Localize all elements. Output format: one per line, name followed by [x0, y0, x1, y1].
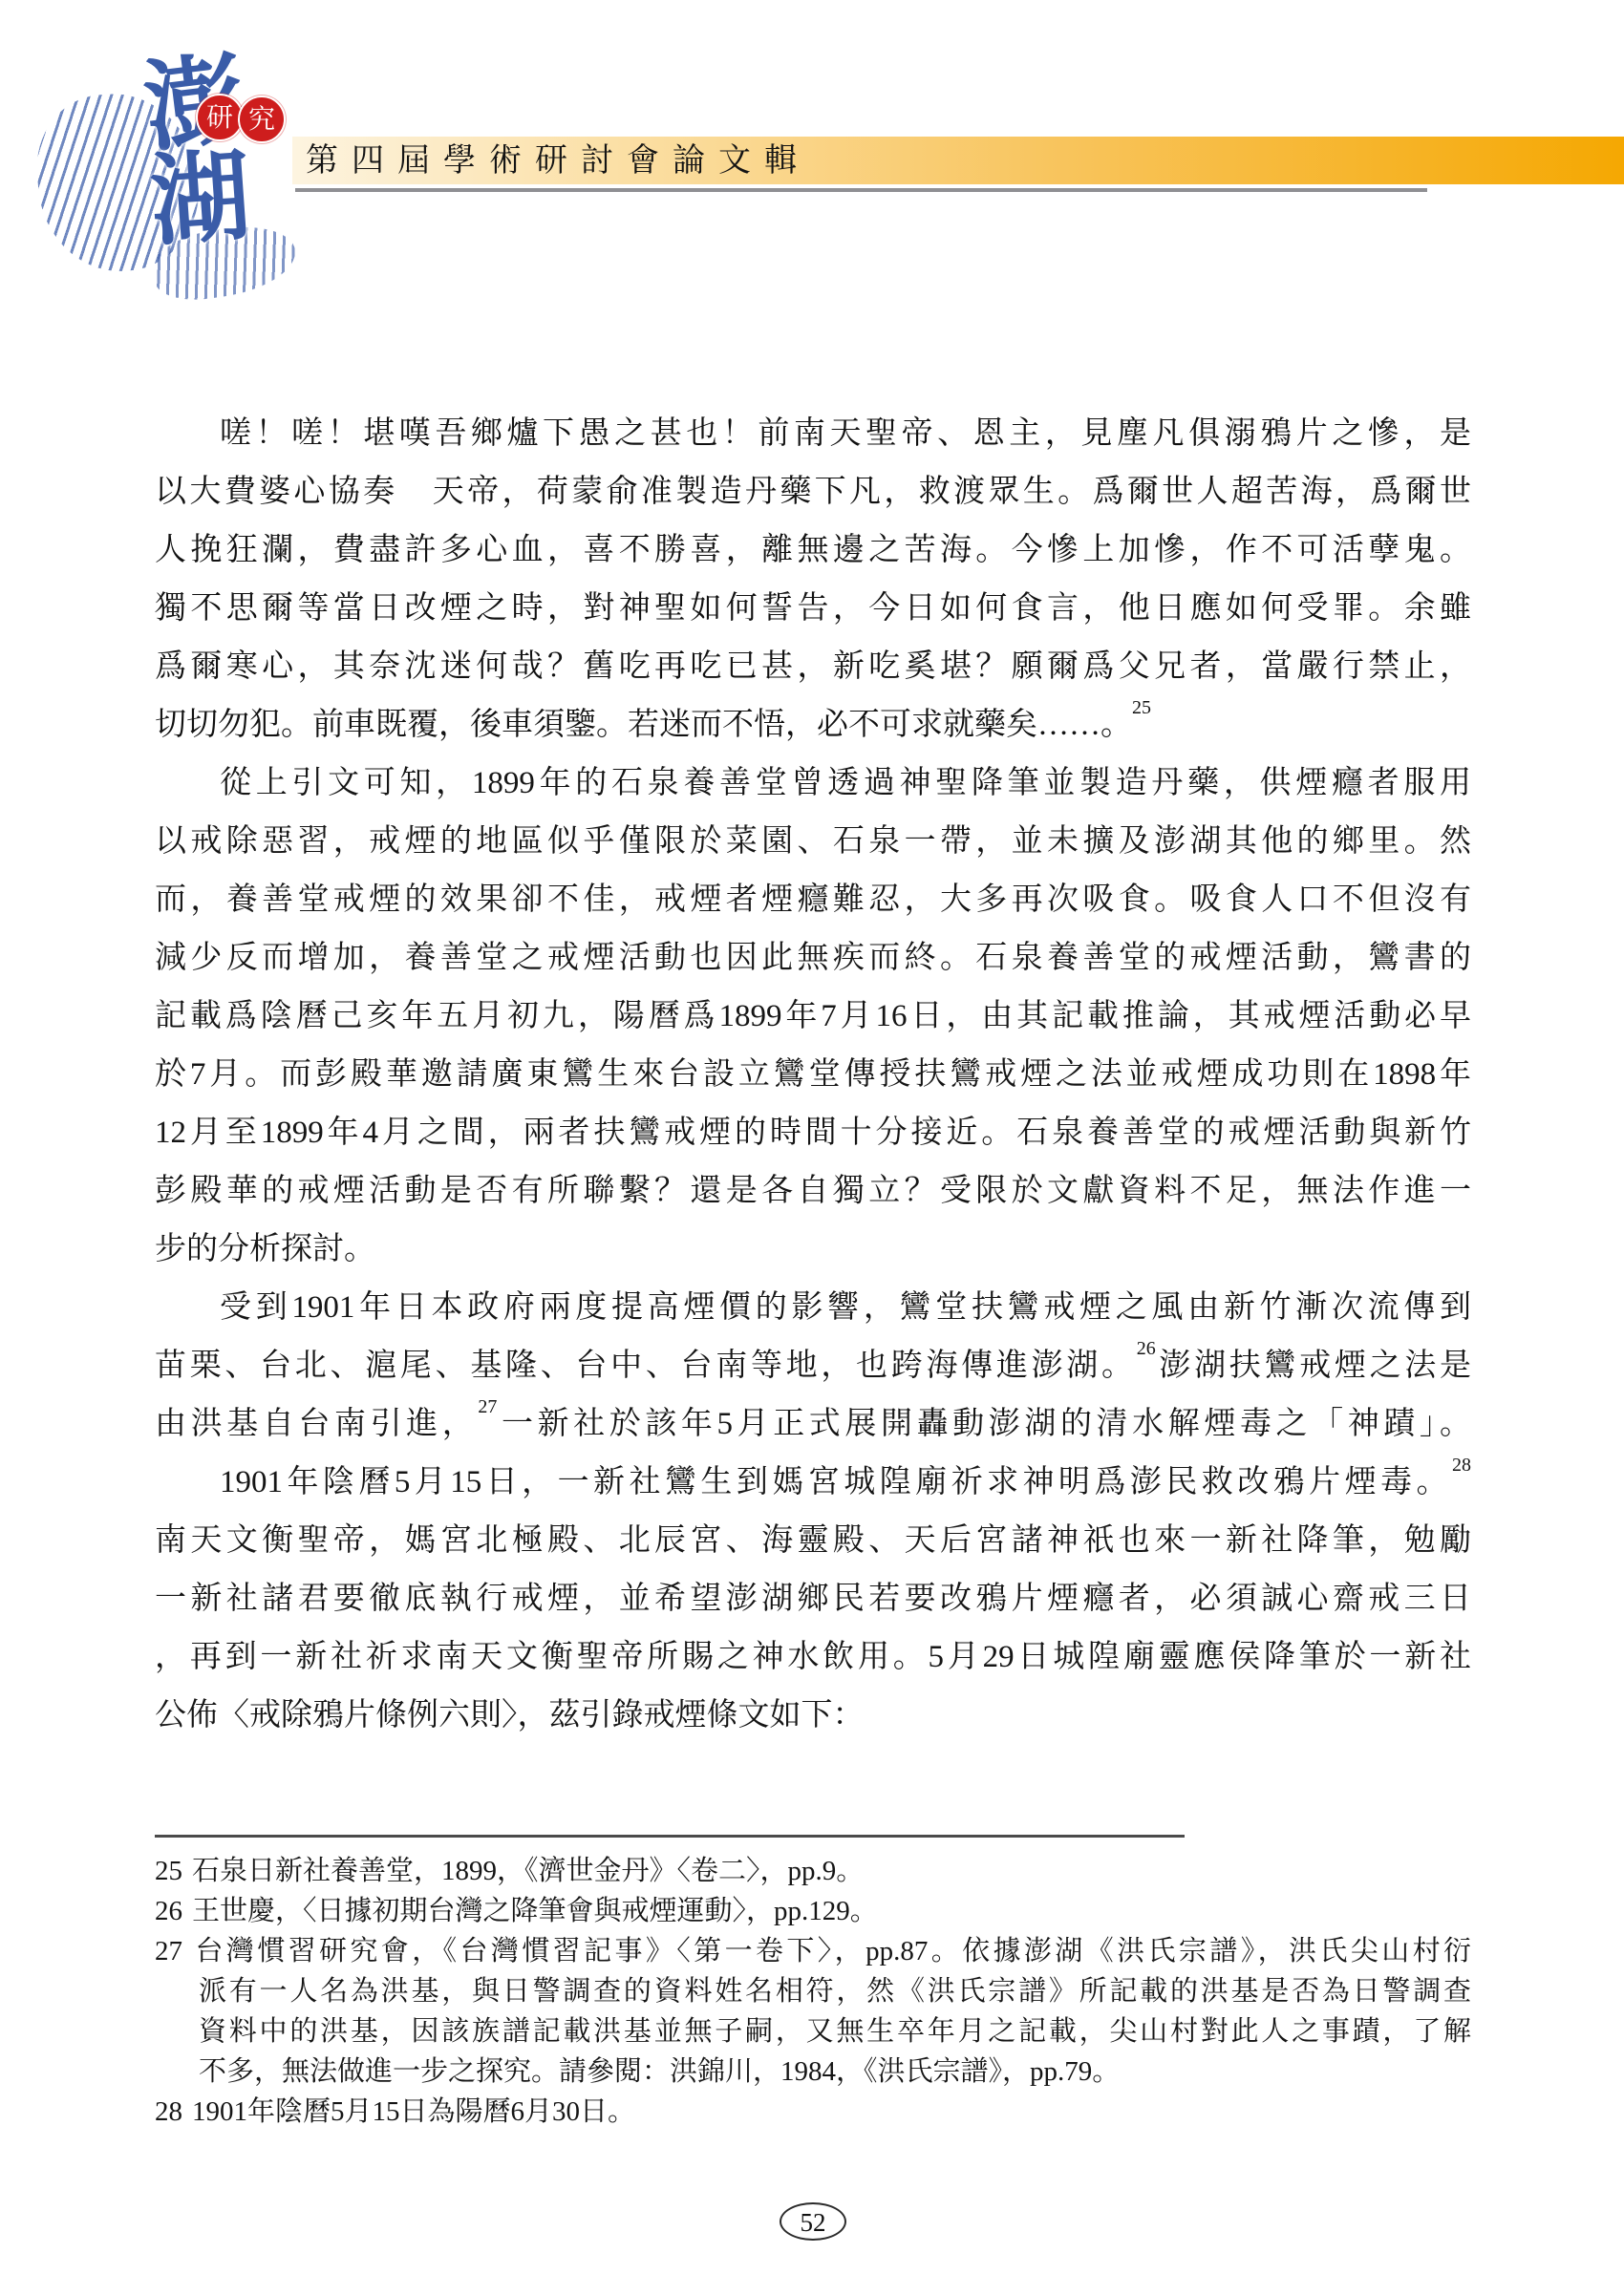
- paragraph-text: 由洪基自台南引進，: [155, 1407, 478, 1441]
- footnotes: 25石泉日新社養善堂，1899，《濟世金丹》〈卷二〉，pp.9。 26王世慶，〈…: [155, 1851, 1471, 2132]
- paragraph-line: 從上引文可知，1899年的石泉養善堂曾透過神聖降筆並製造丹藥，供煙癮者服用: [155, 755, 1471, 813]
- paragraph-line: 由洪基自台南引進，27一新社於該年5月正式展開轟動澎湖的清水解煙毒之「神蹟」。: [155, 1395, 1471, 1454]
- footnote-number: 26: [155, 1896, 182, 1926]
- paragraph-line: ，再到一新社祈求南天文衡聖帝所賜之神水飲用。5月29日城隍廟靈應侯降筆於一新社: [155, 1628, 1471, 1687]
- block-quote: 嗟！嗟！堪嘆吾鄉爐下愚之甚也！前南天聖帝、恩主，見塵凡俱溺鴉片之慘，是 以大費婆…: [155, 405, 1471, 755]
- paragraph-line: 一新社諸君要徹底執行戒煙，並希望澎湖鄉民若要改鴉片煙癮者，必須誠心齋戒三日: [155, 1570, 1471, 1628]
- proceedings-title: 第四屆學術研討會論文輯: [306, 137, 810, 184]
- penghu-research-logo-icon: 澎 湖 研 究: [38, 59, 287, 298]
- quote-line: 獨不思爾等當日改煙之時，對神聖如何誓告，今日如何食言，他日應如何受罪。余雖: [155, 580, 1471, 638]
- paragraph-line: 記載爲陰曆己亥年五月初九，陽曆爲1899年7月16日，由其記載推論，其戒煙活動必…: [155, 988, 1471, 1046]
- quote-line: 嗟！嗟！堪嘆吾鄉爐下愚之甚也！前南天聖帝、恩主，見塵凡俱溺鴉片之慘，是: [155, 405, 1471, 463]
- paragraph-line: 彭殿華的戒煙活動是否有所聯繫？還是各自獨立？受限於文獻資料不足，無法作進一: [155, 1162, 1471, 1221]
- footnote-number: 28: [155, 2096, 182, 2127]
- quote-line: 切切勿犯。前車既覆，後車須鑒。若迷而不悟，必不可求就藥矣……。25: [155, 696, 1471, 755]
- page-number-badge: 52: [780, 2202, 846, 2241]
- quote-line: 以大費婆心協奏 天帝，荷蒙俞准製造丹藥下凡，救渡眾生。爲爾世人超苦海，爲爾世: [155, 463, 1471, 521]
- paragraph-line: 以戒除惡習，戒煙的地區似乎僅限於菜園、石泉一帶，並未擴及澎湖其他的鄉里。然: [155, 813, 1471, 871]
- header-gradient-band: 第四屆學術研討會論文輯: [292, 137, 1624, 184]
- footnote-27-continued: 派有一人名為洪基，與日警調查的資料姓名相符，然《洪氏宗譜》所記載的洪基是否為日警…: [155, 1971, 1471, 2011]
- paragraph-text: 澎湖扶鸞戒煙之法是: [1156, 1349, 1471, 1383]
- footnote-27-continued: 資料中的洪基，因該族譜記載洪基並無子嗣，又無生卒年月之記載，尖山村對此人之事蹟，…: [155, 2011, 1471, 2052]
- paragraph-text: 苗栗、台北、滬尾、基隆、台中、台南等地，也跨海傳進澎湖。: [155, 1349, 1137, 1383]
- logo-red-seal-yan: 研: [196, 94, 244, 141]
- footnote-27: 27台灣慣習研究會，《台灣慣習記事》〈第一卷下〉，pp.87。依據澎湖《洪氏宗譜…: [155, 1931, 1471, 1971]
- footnote-number: 27: [155, 1936, 182, 1966]
- footnote-ref-26: 26: [1137, 1338, 1156, 1359]
- paragraph-line: 而，養善堂戒煙的效果卻不佳，戒煙者煙癮難忍，大多再次吸食。吸食人口不但沒有: [155, 871, 1471, 929]
- footnote-28: 281901年陰曆5月15日為陽曆6月30日。: [155, 2092, 1471, 2132]
- footnote-25: 25石泉日新社養善堂，1899，《濟世金丹》〈卷二〉，pp.9。: [155, 1851, 1471, 1891]
- paragraph-line: 南天文衡聖帝，媽宮北極殿、北辰宮、海靈殿、天后宮諸神祇也來一新社降筆，勉勵: [155, 1512, 1471, 1570]
- footnote-text: 王世慶，〈日據初期台灣之降筆會與戒煙運動〉，pp.129。: [192, 1896, 878, 1926]
- logo-red-seal-jiu: 究: [238, 96, 286, 143]
- footnote-27-continued: 不多，無法做進一步之探究。請參閱：洪錦川，1984，《洪氏宗譜》，pp.79。: [155, 2052, 1471, 2092]
- footnote-ref-27: 27: [478, 1396, 497, 1417]
- footnote-26: 26王世慶，〈日據初期台灣之降筆會與戒煙運動〉，pp.129。: [155, 1891, 1471, 1931]
- paragraph-line: 苗栗、台北、滬尾、基隆、台中、台南等地，也跨海傳進澎湖。26澎湖扶鸞戒煙之法是: [155, 1337, 1471, 1395]
- paragraph-line: 於7月。而彭殿華邀請廣東鸞生來台設立鸞堂傳授扶鸞戒煙之法並戒煙成功則在1898年: [155, 1046, 1471, 1104]
- footnote-separator-rule: [155, 1835, 1185, 1838]
- paragraph-4: 1901年陰曆5月15日，一新社鸞生到媽宮城隍廟祈求神明爲澎民救改鴉片煙毒。28…: [155, 1454, 1471, 1745]
- header-rule: [295, 188, 1427, 192]
- scanned-paper-page: 澎 湖 研 究 第四屆學術研討會論文輯 嗟！嗟！堪嘆吾鄉爐下愚之甚也！前南天聖帝…: [0, 0, 1624, 2296]
- paragraph-line: 受到1901年日本政府兩度提高煙價的影響，鸞堂扶鸞戒煙之風由新竹漸次流傳到: [155, 1279, 1471, 1337]
- footnote-ref-28: 28: [1452, 1455, 1471, 1476]
- footnote-text: 石泉日新社養善堂，1899，《濟世金丹》〈卷二〉，pp.9。: [192, 1856, 864, 1886]
- quote-text: 切切勿犯。前車既覆，後車須鑒。若迷而不悟，必不可求就藥矣……。: [155, 708, 1132, 742]
- paragraph-3: 受到1901年日本政府兩度提高煙價的影響，鸞堂扶鸞戒煙之風由新竹漸次流傳到 苗栗…: [155, 1279, 1471, 1454]
- paragraph-line: 1901年陰曆5月15日，一新社鸞生到媽宮城隍廟祈求神明爲澎民救改鴉片煙毒。28: [155, 1454, 1471, 1512]
- paragraph-line: 減少反而增加，養善堂之戒煙活動也因此無疾而終。石泉養善堂的戒煙活動，鸞書的: [155, 929, 1471, 988]
- paragraph-text: 一新社於該年5月正式展開轟動澎湖的清水解煙毒之「神蹟」。: [497, 1407, 1471, 1441]
- quote-line: 人挽狂瀾，費盡許多心血，喜不勝喜，離無邊之苦海。今慘上加慘，作不可活孽鬼。: [155, 521, 1471, 580]
- paragraph-2: 從上引文可知，1899年的石泉養善堂曾透過神聖降筆並製造丹藥，供煙癮者服用 以戒…: [155, 755, 1471, 1279]
- paragraph-line: 公佈〈戒除鴉片條例六則〉，茲引錄戒煙條文如下：: [155, 1687, 1471, 1745]
- footnote-text: 台灣慣習研究會，《台灣慣習記事》〈第一卷下〉，pp.87。依據澎湖《洪氏宗譜》，…: [192, 1936, 1471, 1966]
- paragraph-text: 1901年陰曆5月15日，一新社鸞生到媽宮城隍廟祈求神明爲澎民救改鴉片煙毒。: [220, 1465, 1452, 1499]
- logo-calligraphy-char: 湖: [147, 147, 253, 253]
- footnote-ref-25: 25: [1132, 697, 1151, 718]
- footnote-number: 25: [155, 1856, 182, 1886]
- paragraph-line: 步的分析探討。: [155, 1221, 1471, 1279]
- body-text: 嗟！嗟！堪嘆吾鄉爐下愚之甚也！前南天聖帝、恩主，見塵凡俱溺鴉片之慘，是 以大費婆…: [155, 405, 1471, 1745]
- quote-line: 爲爾寒心，其奈沈迷何哉？舊吃再吃已甚，新吃奚堪？願爾爲父兄者，當嚴行禁止，: [155, 638, 1471, 696]
- footnote-text: 1901年陰曆5月15日為陽曆6月30日。: [192, 2096, 635, 2127]
- paragraph-line: 12月至1899年4月之間，兩者扶鸞戒煙的時間十分接近。石泉養善堂的戒煙活動與新…: [155, 1104, 1471, 1162]
